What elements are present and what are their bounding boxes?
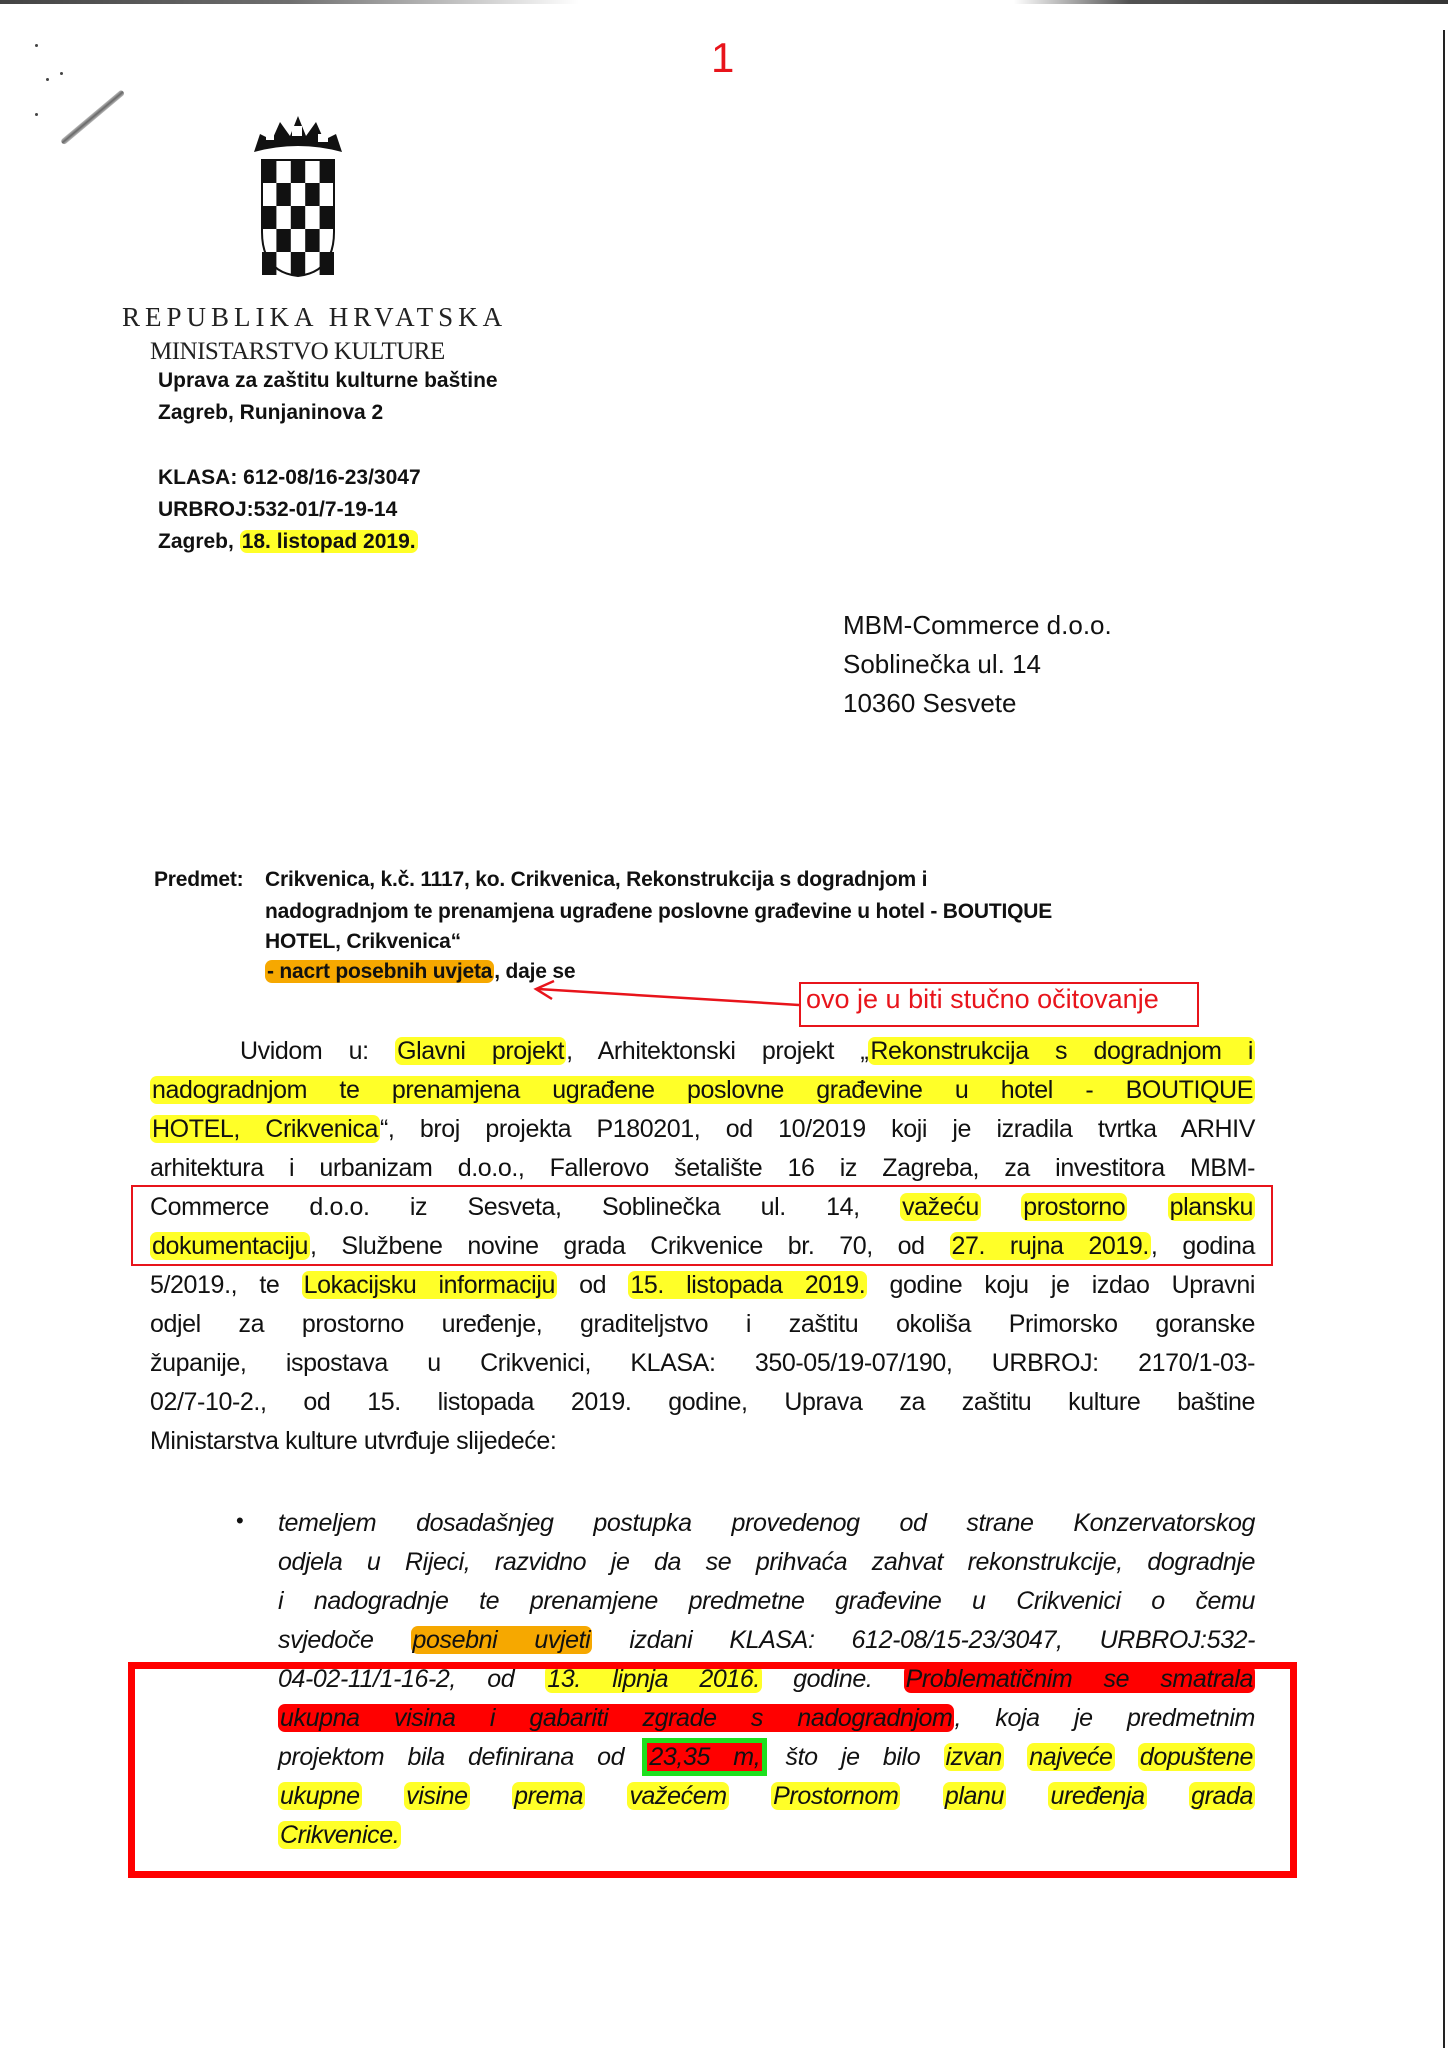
annotation-arrow-icon xyxy=(530,975,805,1010)
body-line: županije, ispostava u Crikvenici, KLASA:… xyxy=(150,1348,1255,1378)
scan-edge-right xyxy=(1443,30,1445,2048)
croatian-coat-of-arms-icon xyxy=(252,112,344,280)
annotation-red-box-thick xyxy=(128,1662,1297,1878)
body-line: Ministarstva kulture utvrđuje slijedeće: xyxy=(150,1426,1255,1456)
body-line: odjel za prostorno uređenje, graditeljst… xyxy=(150,1309,1255,1339)
body-line: 5/2019., te Lokacijsku informaciju od 15… xyxy=(150,1270,1255,1300)
subject-line: Crikvenica, k.č. 1117, ko. Crikvenica, R… xyxy=(265,868,927,892)
speck xyxy=(46,78,49,81)
urbroj: URBROJ:532-01/7-19-14 xyxy=(158,498,397,522)
recipient-name: MBM-Commerce d.o.o. xyxy=(843,610,1112,641)
pen-mark xyxy=(60,89,125,145)
subject-line: HOTEL, Crikvenica“ xyxy=(265,930,461,954)
annotation-text: ovo je u biti stučno očitovanje xyxy=(806,984,1159,1015)
bullet-line: i nadogradnje te prenamjene predmetne gr… xyxy=(278,1586,1255,1616)
subject-label: Predmet: xyxy=(154,868,243,892)
speck xyxy=(35,113,38,116)
letterhead-address: Zagreb, Runjaninova 2 xyxy=(158,401,383,425)
recipient-city: 10360 Sesvete xyxy=(843,688,1016,719)
letterhead-ministry: MINISTARSTVO KULTURE xyxy=(150,338,445,366)
place: Zagreb, xyxy=(158,530,240,553)
date-highlight: 18. listopad 2019. xyxy=(240,530,418,553)
body-line: 02/7-10-2., od 15. listopada 2019. godin… xyxy=(150,1387,1255,1417)
recipient-street: Soblinečka ul. 14 xyxy=(843,649,1041,680)
bullet-line: temeljem dosadašnjeg postupka provedenog… xyxy=(278,1508,1255,1538)
subject-line: - nacrt posebnih uvjeta, daje se xyxy=(265,960,575,984)
klasa: KLASA: 612-08/16-23/3047 xyxy=(158,466,421,490)
speck xyxy=(35,44,38,47)
subject-line: nadogradnjom te prenamjena ugrađene posl… xyxy=(265,900,1052,924)
document-date: Zagreb, 18. listopad 2019. xyxy=(158,530,418,554)
bullet-line: svjedoče posebni uvjeti izdani KLASA: 61… xyxy=(278,1625,1255,1655)
annotation-red-box xyxy=(131,1185,1273,1266)
body-line: Uvidom u: Glavni projekt, Arhitektonski … xyxy=(240,1036,1255,1066)
bullet-icon: • xyxy=(236,1508,244,1534)
page-number: 1 xyxy=(711,34,734,82)
bullet-line: odjela u Rijeci, razvidno je da se prihv… xyxy=(278,1547,1255,1577)
speck xyxy=(60,72,63,75)
body-line: nadogradnjom te prenamjena ugrađene posl… xyxy=(150,1075,1255,1105)
scan-edge-top xyxy=(0,0,1448,4)
letterhead-country: REPUBLIKA HRVATSKA xyxy=(122,302,507,333)
highlight-orange: - nacrt posebnih uvjeta xyxy=(265,960,494,983)
body-line: arhitektura i urbanizam d.o.o., Fallerov… xyxy=(150,1153,1255,1183)
letterhead-department: Uprava za zaštitu kulturne baštine xyxy=(158,369,498,393)
body-line: HOTEL, Crikvenica“, broj projekta P18020… xyxy=(150,1114,1255,1144)
